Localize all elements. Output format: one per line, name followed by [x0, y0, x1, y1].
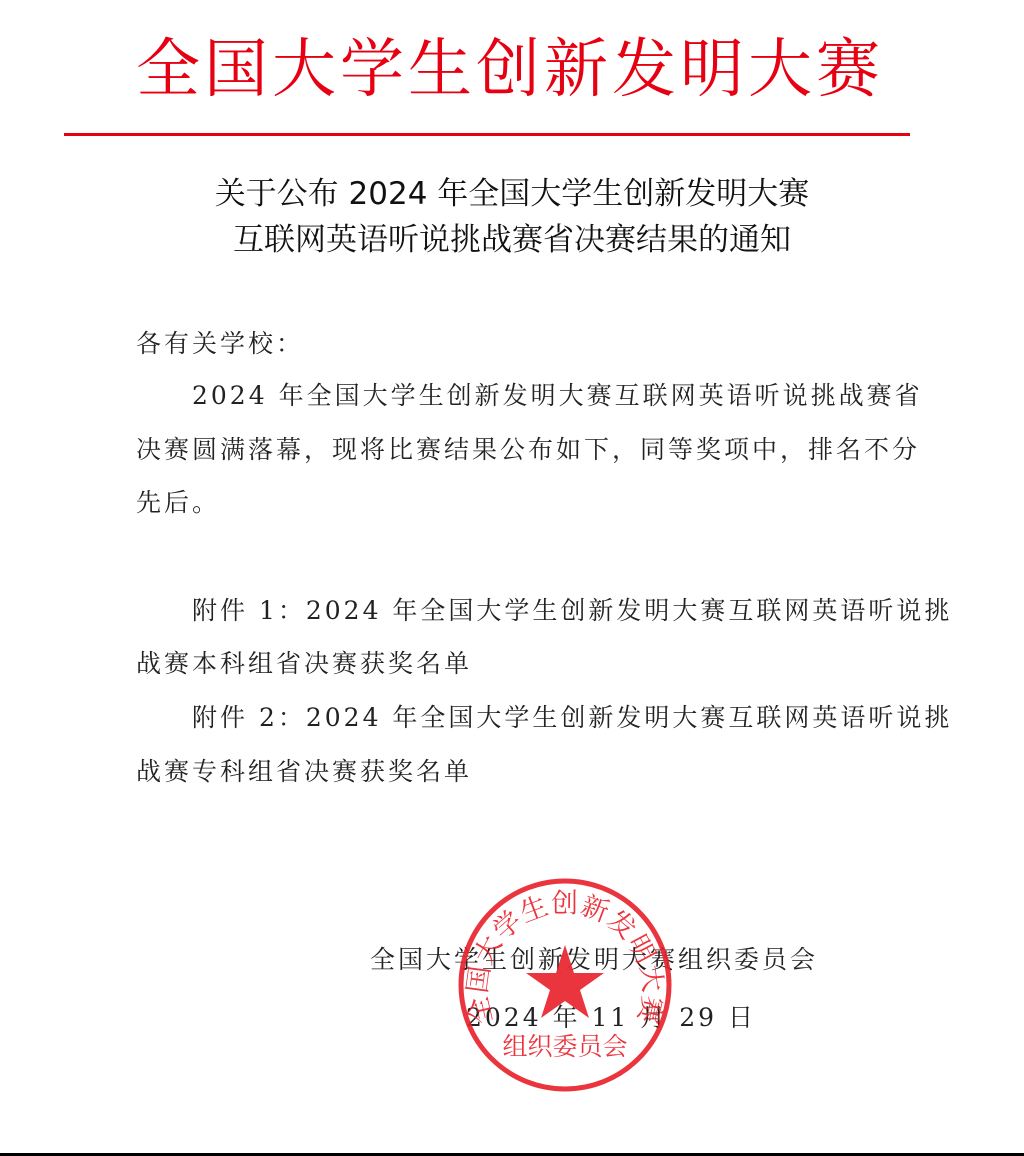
paragraph-line: 决赛圆满落幕，现将比赛结果公布如下，同等奖项中，排名不分	[136, 430, 920, 470]
seal-bottom-text: 组织委员会	[502, 1032, 627, 1061]
star-icon	[526, 945, 604, 1018]
attachment-2-line-1: 附件 2：2024 年全国大学生创新发明大赛互联网英语听说挑	[136, 698, 952, 738]
paragraph-line: 2024 年全国大学生创新发明大赛互联网英语听说挑战赛省	[136, 376, 923, 416]
salutation: 各有关学校：	[136, 324, 304, 364]
attachment-2-line-2: 战赛专科组省决赛获奖名单	[136, 752, 472, 792]
paragraph-line: 先后。	[136, 483, 220, 523]
attachment-1-line-2: 战赛本科组省决赛获奖名单	[136, 644, 472, 684]
notice-title-line-1: 关于公布 2024 年全国大学生创新发明大赛	[0, 174, 1024, 214]
attachment-1-line-1: 附件 1：2024 年全国大学生创新发明大赛互联网英语听说挑	[136, 591, 952, 631]
masthead-title: 全国大学生创新发明大赛	[136, 30, 884, 110]
notice-title-line-2: 互联网英语听说挑战赛省决赛结果的通知	[0, 220, 1024, 260]
official-seal-icon: 全国大学生创新发明大赛 组织委员会	[455, 875, 675, 1095]
document-page: 全国大学生创新发明大赛 关于公布 2024 年全国大学生创新发明大赛 互联网英语…	[0, 0, 1024, 1156]
masthead-divider	[64, 133, 910, 136]
